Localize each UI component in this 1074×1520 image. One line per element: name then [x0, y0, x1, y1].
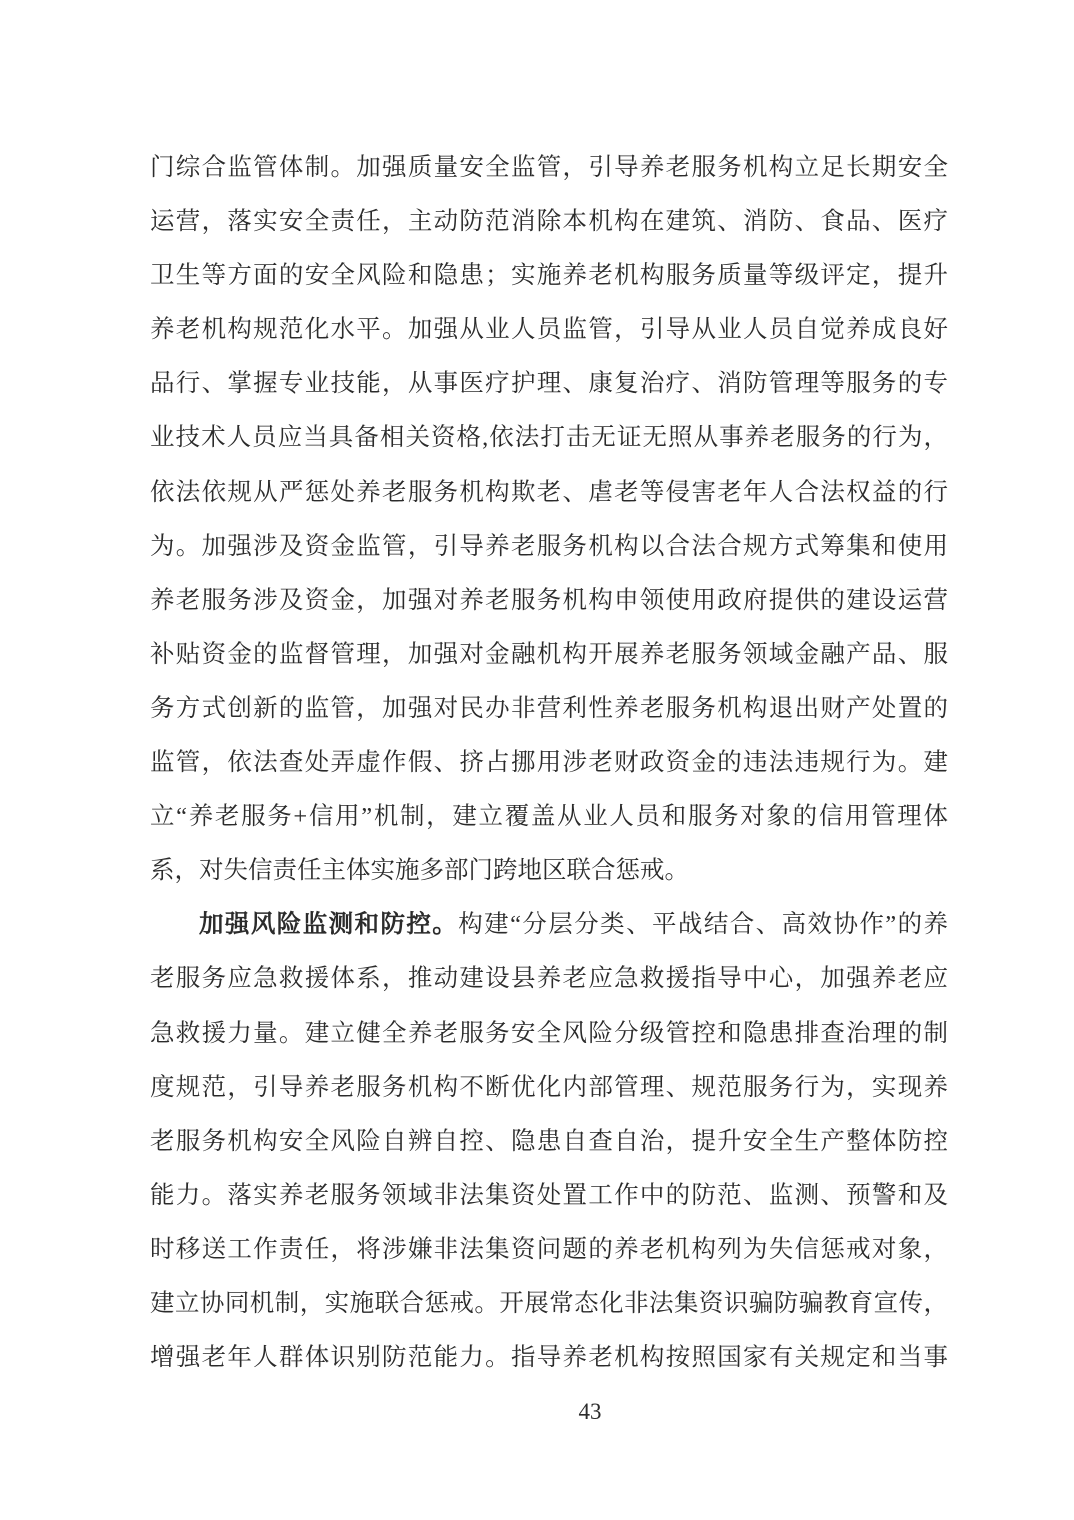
text-line: 依法依规从严惩处养老服务机构欺老、虐老等侵害老年人合法权益的行 [150, 466, 948, 520]
text-line: 门综合监管体制。加强质量安全监管，引导养老服务机构立足长期安全 [150, 141, 948, 195]
text-line: 老服务应急救援体系，推动建设县养老应急救援指导中心，加强养老应 [150, 952, 948, 1006]
text-line: 系，对失信责任主体实施多部门跨地区联合惩戒。 [150, 844, 948, 898]
text-line: 卫生等方面的安全风险和隐患；实施养老机构服务质量等级评定，提升 [150, 249, 948, 303]
document-page: 门综合监管体制。加强质量安全监管，引导养老服务机构立足长期安全 运营，落实安全责… [0, 0, 1074, 1520]
text-line: 务方式创新的监管，加强对民办非营利性养老服务机构退出财产处置的 [150, 682, 948, 736]
text-line: 度规范，引导养老服务机构不断优化内部管理、规范服务行为，实现养 [150, 1061, 948, 1115]
text-line: 监管，依法查处弄虚作假、挤占挪用涉老财政资金的违法违规行为。建 [150, 736, 948, 790]
paragraph-lead-text: 构建“分层分类、平战结合、高效协作”的养 [458, 911, 948, 938]
page-number: 43 [555, 1398, 625, 1426]
text-line: 运营，落实安全责任，主动防范消除本机构在建筑、消防、食品、医疗 [150, 195, 948, 249]
text-line: 能力。落实养老服务领域非法集资处置工作中的防范、监测、预警和及 [150, 1169, 948, 1223]
text-line: 补贴资金的监督管理，加强对金融机构开展养老服务领域金融产品、服 [150, 628, 948, 682]
paragraph-heading: 加强风险监测和防控。 [199, 911, 458, 938]
text-line: 为。加强涉及资金监管，引导养老服务机构以合法合规方式筹集和使用 [150, 520, 948, 574]
text-line: 老服务机构安全风险自辨自控、隐患自查自治，提升安全生产整体防控 [150, 1115, 948, 1169]
text-line: 建立协同机制，实施联合惩戒。开展常态化非法集资识骗防骗教育宣传， [150, 1277, 948, 1331]
text-line: 立“养老服务+信用”机制，建立覆盖从业人员和服务对象的信用管理体 [150, 790, 948, 844]
text-line: 养老服务涉及资金，加强对养老服务机构申领使用政府提供的建设运营 [150, 574, 948, 628]
text-line: 养老机构规范化水平。加强从业人员监管，引导从业人员自觉养成良好 [150, 303, 948, 357]
text-line: 时移送工作责任，将涉嫌非法集资问题的养老机构列为失信惩戒对象， [150, 1223, 948, 1277]
text-line: 品行、掌握专业技能，从事医疗护理、康复治疗、消防管理等服务的专 [150, 357, 948, 411]
text-line: 急救援力量。建立健全养老服务安全风险分级管控和隐患排查治理的制 [150, 1007, 948, 1061]
body-text: 门综合监管体制。加强质量安全监管，引导养老服务机构立足长期安全 运营，落实安全责… [150, 141, 948, 1385]
text-line: 增强老年人群体识别防范能力。指导养老机构按照国家有关规定和当事 [150, 1331, 948, 1385]
text-line: 业技术人员应当具备相关资格,依法打击无证无照从事养老服务的行为， [150, 411, 948, 465]
text-line: 加强风险监测和防控。构建“分层分类、平战结合、高效协作”的养 [150, 898, 948, 952]
